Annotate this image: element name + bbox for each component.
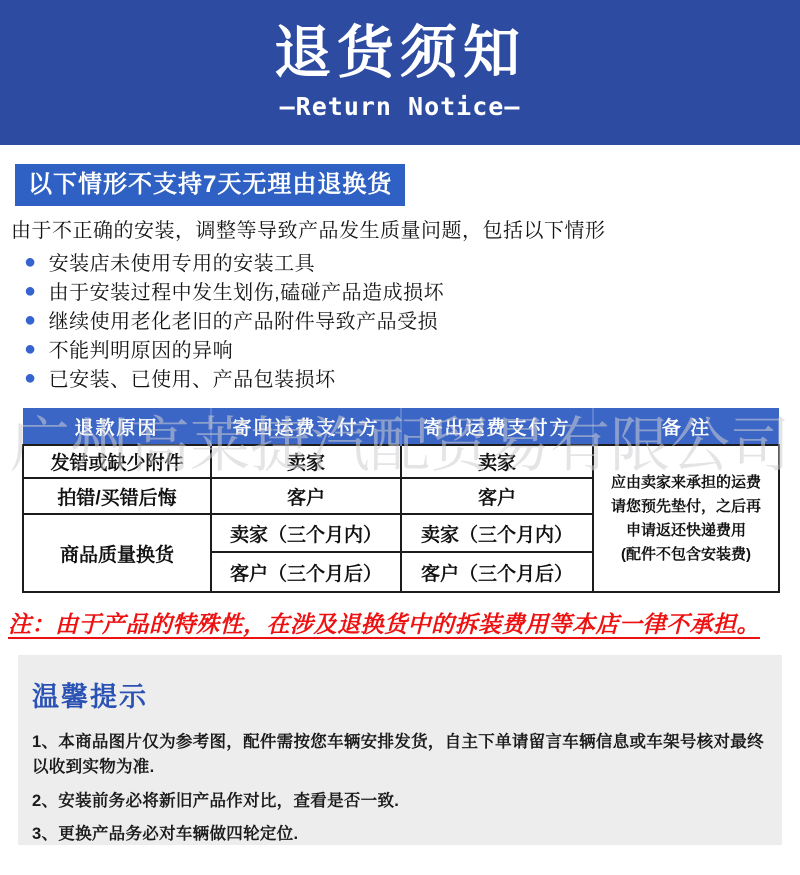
cell-cause: 发错或缺少附件 [23, 445, 211, 478]
tip-item: 1、本商品图片仅为参考图，配件需按您车辆安排发货，自主下单请留言车辆信息或车架号… [32, 730, 768, 780]
list-item: ● 由于安装过程中发生划伤,磕碰产品造成损坏 [24, 276, 444, 305]
table-header-row: 退款原因 寄回运费支付方 寄出运费支付方 备 注 [23, 408, 779, 445]
return-notice-page: 退货须知 —Return Notice— 以下情形不支持7天无理由退换货 由于不… [0, 0, 800, 875]
cell-return-fee: 卖家 [211, 445, 401, 478]
cell-return-fee: 客户（三个月后） [211, 552, 401, 592]
remark-line: (配件不包含安装费) [596, 543, 776, 567]
refund-table-container: 退款原因 寄回运费支付方 寄出运费支付方 备 注 发错或缺少附件 卖家 卖家 应… [22, 408, 778, 593]
page-title: 退货须知 [274, 24, 526, 84]
cell-outbound-fee: 客户（三个月后） [401, 552, 593, 592]
cell-remark: 应由卖家来承担的运费 请您预先垫付，之后再 申请返还快递费用 (配件不包含安装费… [593, 445, 779, 592]
column-header-outbound-fee: 寄出运费支付方 [401, 408, 593, 445]
cell-return-fee: 客户 [211, 478, 401, 514]
tip-item: 2、安装前务必将新旧产品作对比，查看是否一致. [32, 789, 768, 814]
tips-heading: 温馨提示 [32, 675, 768, 714]
list-item: ● 已安装、已使用、产品包装损坏 [24, 363, 444, 392]
cell-outbound-fee: 客户 [401, 478, 593, 514]
remark-line: 应由卖家来承担的运费 [596, 471, 776, 495]
list-item: ● 继续使用老化老旧的产品附件导致产品受损 [24, 305, 444, 334]
tips-box: 温馨提示 1、本商品图片仅为参考图，配件需按您车辆安排发货，自主下单请留言车辆信… [18, 655, 782, 845]
cell-cause: 商品质量换货 [23, 514, 211, 592]
bullet-text: 由于安装过程中发生划伤,磕碰产品造成损坏 [49, 276, 445, 305]
bullet-text: 不能判明原因的异响 [49, 334, 234, 363]
table-row: 发错或缺少附件 卖家 卖家 应由卖家来承担的运费 请您预先垫付，之后再 申请返还… [23, 445, 779, 478]
cell-cause: 拍错/买错后悔 [23, 478, 211, 514]
list-item: ● 安装店未使用专用的安装工具 [24, 247, 444, 276]
list-item: ● 不能判明原因的异响 [24, 334, 444, 363]
red-disclaimer-note: 注：由于产品的特殊性，在涉及退换货中的拆装费用等本店一律不承担。 [8, 606, 796, 639]
bullet-text: 安装店未使用专用的安装工具 [49, 247, 316, 276]
column-header-remark: 备 注 [593, 408, 779, 445]
tip-item: 3、更换产品务必对车辆做四轮定位. [32, 822, 768, 847]
bullet-text: 继续使用老化老旧的产品附件导致产品受损 [49, 305, 439, 334]
bullet-dot-icon: ● [24, 281, 37, 301]
header-banner: 退货须知 —Return Notice— [0, 0, 800, 145]
bullet-dot-icon: ● [24, 310, 37, 330]
page-subtitle: —Return Notice— [280, 92, 521, 121]
cell-outbound-fee: 卖家 [401, 445, 593, 478]
column-header-return-fee: 寄回运费支付方 [211, 408, 401, 445]
remark-line: 申请返还快递费用 [596, 519, 776, 543]
bullet-text: 已安装、已使用、产品包装损坏 [49, 363, 336, 392]
cell-outbound-fee: 卖家（三个月内） [401, 514, 593, 552]
policy-bullet-list: ● 安装店未使用专用的安装工具 ● 由于安装过程中发生划伤,磕碰产品造成损坏 ●… [24, 247, 444, 392]
policy-intro: 由于不正确的安装，调整等导致产品发生质量问题，包括以下情形 [11, 214, 791, 243]
policy-heading: 以下情形不支持7天无理由退换货 [15, 164, 405, 206]
bullet-dot-icon: ● [24, 252, 37, 272]
cell-return-fee: 卖家（三个月内） [211, 514, 401, 552]
remark-line: 请您预先垫付，之后再 [596, 495, 776, 519]
bullet-dot-icon: ● [24, 368, 37, 388]
bullet-dot-icon: ● [24, 339, 37, 359]
refund-table: 退款原因 寄回运费支付方 寄出运费支付方 备 注 发错或缺少附件 卖家 卖家 应… [22, 408, 780, 593]
column-header-cause: 退款原因 [23, 408, 211, 445]
